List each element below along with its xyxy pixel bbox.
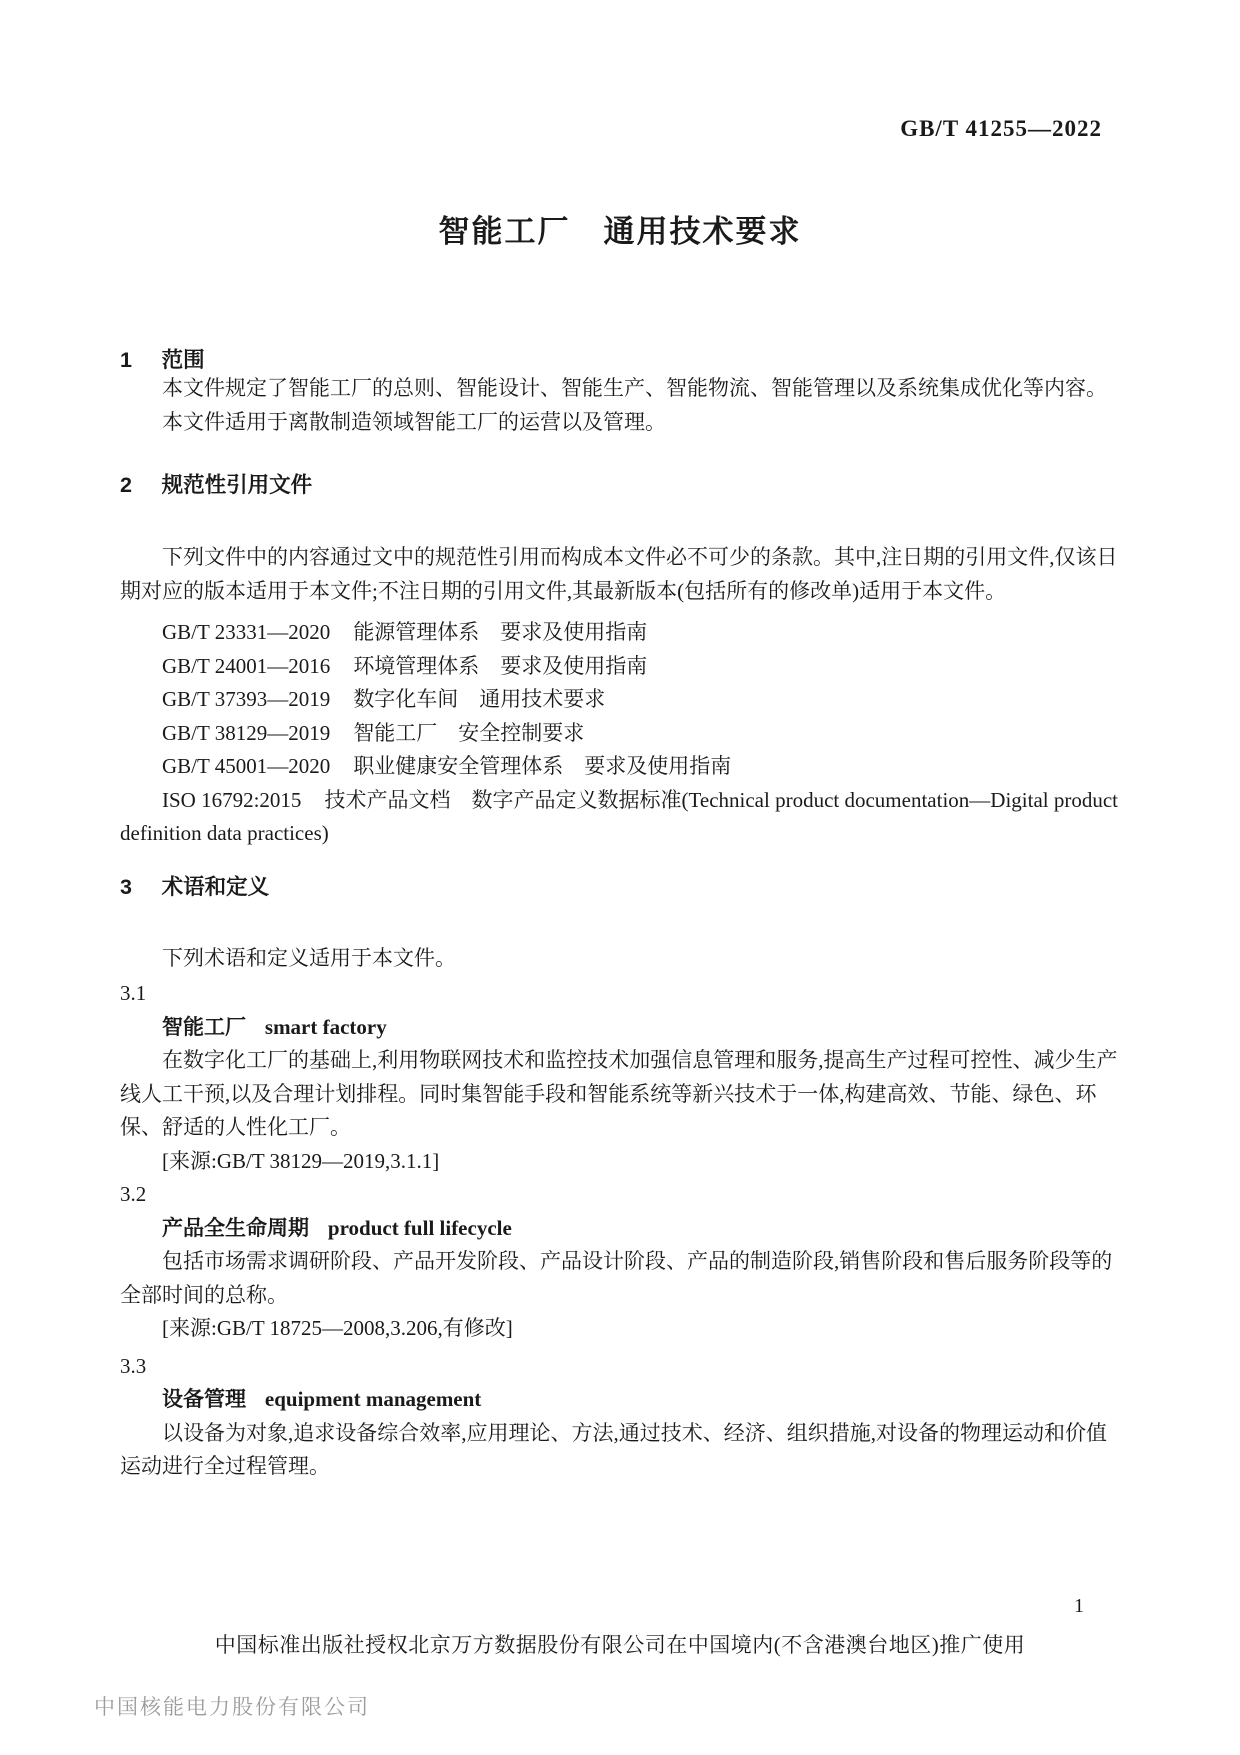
section-scope: 1 范围 本文件规定了智能工厂的总则、智能设计、智能生产、智能物流、智能管理以及…: [120, 348, 1120, 439]
term-name-en: smart factory: [265, 1015, 387, 1039]
reference-title: 环境管理体系 要求及使用指南: [353, 654, 647, 678]
paragraph: 下列文件中的内容通过文中的规范性引用而构成本文件必不可少的条款。其中,注日期的引…: [120, 541, 1120, 608]
paragraph: 本文件规定了智能工厂的总则、智能设计、智能生产、智能物流、智能管理以及系统集成优…: [120, 372, 1120, 406]
term-name-zh: 产品全生命周期: [162, 1217, 309, 1240]
reference-code: GB/T 23331—2020: [162, 620, 330, 644]
section-number: 1: [120, 348, 132, 372]
term-number: 3.2: [120, 1178, 1120, 1212]
term-definition: 在数字化工厂的基础上,利用物联网技术和监控技术加强信息管理和服务,提高生产过程可…: [120, 1044, 1120, 1145]
section-heading: 1 范围: [120, 348, 1120, 372]
reference-title: 能源管理体系 要求及使用指南: [353, 620, 647, 644]
watermark-company-name: 中国核能电力股份有限公司: [94, 1691, 370, 1721]
term-name: 智能工厂smart factory: [120, 1011, 1120, 1045]
distribution-note: 中国标准出版社授权北京万方数据股份有限公司在中国境内(不含港澳台地区)推广使用: [0, 1629, 1240, 1659]
reference-title: 职业健康安全管理体系 要求及使用指南: [353, 754, 731, 778]
section-normative-references: 2 规范性引用文件 下列文件中的内容通过文中的规范性引用而构成本文件必不可少的条…: [120, 473, 1120, 851]
section-heading: 2 规范性引用文件: [120, 473, 1120, 497]
reference-code: GB/T 37393—2019: [162, 687, 330, 711]
term-number: 3.3: [120, 1350, 1120, 1384]
term-name-zh: 设备管理: [162, 1388, 246, 1411]
term-number: 3.1: [120, 977, 1120, 1011]
reference-item: GB/T 23331—2020能源管理体系 要求及使用指南: [120, 616, 1120, 650]
section-title: 范围: [162, 348, 205, 372]
reference-title: 数字化车间 通用技术要求: [353, 687, 605, 711]
section-title: 术语和定义: [162, 875, 270, 899]
reference-code: GB/T 38129—2019: [162, 721, 330, 745]
reference-code: GB/T 24001—2016: [162, 654, 330, 678]
term-source: [来源:GB/T 18725—2008,3.206,有修改]: [120, 1312, 1120, 1346]
reference-list: GB/T 23331—2020能源管理体系 要求及使用指南 GB/T 24001…: [120, 616, 1120, 851]
document-title: 智能工厂 通用技术要求: [0, 206, 1240, 251]
term-entry: 3.1 智能工厂smart factory 在数字化工厂的基础上,利用物联网技术…: [120, 977, 1120, 1178]
reference-title: 智能工厂 安全控制要求: [353, 721, 584, 745]
section-number: 3: [120, 875, 132, 899]
reference-code: ISO 16792:2015: [162, 788, 301, 812]
term-name: 产品全生命周期product full lifecycle: [120, 1212, 1120, 1246]
document-page: GB/T 41255—2022 智能工厂 通用技术要求 1 范围 本文件规定了智…: [0, 0, 1240, 1755]
reference-item: GB/T 37393—2019数字化车间 通用技术要求: [120, 683, 1120, 717]
section-number: 2: [120, 473, 132, 497]
term-name: 设备管理equipment management: [120, 1383, 1120, 1417]
term-name-zh: 智能工厂: [162, 1016, 246, 1039]
page-number: 1: [1074, 1595, 1084, 1618]
term-name-en: product full lifecycle: [328, 1216, 512, 1240]
section-title: 规范性引用文件: [162, 473, 313, 497]
term-definition: 包括市场需求调研阶段、产品开发阶段、产品设计阶段、产品的制造阶段,销售阶段和售后…: [120, 1245, 1120, 1312]
reference-item: GB/T 38129—2019智能工厂 安全控制要求: [120, 717, 1120, 751]
term-source: [来源:GB/T 38129—2019,3.1.1]: [120, 1145, 1120, 1179]
term-name-en: equipment management: [265, 1387, 481, 1411]
standard-code: GB/T 41255—2022: [900, 116, 1102, 142]
section-heading: 3 术语和定义: [120, 875, 1120, 899]
term-entry: 3.2 产品全生命周期product full lifecycle 包括市场需求…: [120, 1178, 1120, 1346]
section-terms-definitions: 3 术语和定义 下列术语和定义适用于本文件。 3.1 智能工厂smart fac…: [120, 875, 1120, 1484]
document-body: 1 范围 本文件规定了智能工厂的总则、智能设计、智能生产、智能物流、智能管理以及…: [120, 348, 1120, 1484]
reference-item: GB/T 45001—2020职业健康安全管理体系 要求及使用指南: [120, 750, 1120, 784]
reference-code: GB/T 45001—2020: [162, 754, 330, 778]
paragraph: 本文件适用于离散制造领域智能工厂的运营以及管理。: [120, 406, 1120, 440]
reference-item: ISO 16792:2015技术产品文档 数字产品定义数据标准(Technica…: [120, 784, 1120, 851]
term-definition: 以设备为对象,追求设备综合效率,应用理论、方法,通过技术、经济、组织措施,对设备…: [120, 1417, 1120, 1484]
paragraph: 下列术语和定义适用于本文件。: [120, 942, 1120, 976]
term-entry: 3.3 设备管理equipment management 以设备为对象,追求设备…: [120, 1346, 1120, 1484]
reference-item: GB/T 24001—2016环境管理体系 要求及使用指南: [120, 650, 1120, 684]
